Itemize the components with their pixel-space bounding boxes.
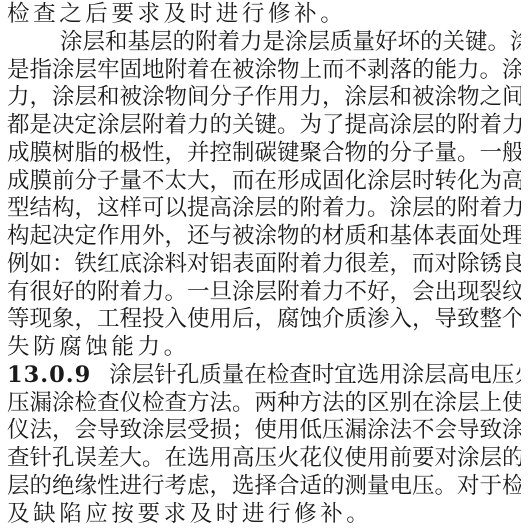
- clause-13-0-9: 13.0.9涂层针孔质量在检查时宜选用涂层高电压火花仪或低电 压漏涂检查仪检查方…: [7, 362, 521, 529]
- text-line: 及缺陷应按要求及时进行修补。: [7, 501, 521, 529]
- paragraph-adhesion: 涂层和基层的附着力是涂层质量好坏的关键。涂层的附着力 是指涂层牢固地附着在被涂物…: [7, 29, 521, 362]
- clause-first-line: 13.0.9涂层针孔质量在检查时宜选用涂层高电压火花仪或低电: [7, 362, 521, 390]
- text-line: 压漏涂检查仪检查方法。两种方法的区别在涂层上使用高压火花: [7, 390, 521, 418]
- text-line: 都是决定涂层附着力的关键。为了提高涂层的附着力，常需提高: [7, 112, 521, 140]
- clause-text: 涂层针孔质量在检查时宜选用涂层高电压火花仪或低电: [109, 362, 521, 388]
- text-line: 有很好的附着力。一旦涂层附着力不好，会出现裂纹、起皱、脱皮: [7, 279, 521, 307]
- clause-number: 13.0.9: [7, 362, 91, 388]
- text-line: 力，涂层和被涂物间分子作用力，涂层和被涂物之间的静电引力等: [7, 84, 521, 112]
- text-line: 仪法，会导致涂层受损；使用低压漏涂法不会导致涂层受损，但检: [7, 417, 521, 445]
- document-page: 检查之后要求及时进行修补。 涂层和基层的附着力是涂层质量好坏的关键。涂层的附着力…: [7, 1, 521, 528]
- text-line: 成膜树脂的极性，并控制碳键聚合物的分子量。一般情况使它在: [7, 140, 521, 168]
- text-line: 例如：铁红底涂料对铝表面附着力很差，而对除锈良好的钢铁表面: [7, 251, 521, 279]
- text-line: 层的绝缘性进行考虑，选择合适的测量电压。对于检查出的针孔: [7, 473, 521, 501]
- text-line: 涂层和基层的附着力是涂层质量好坏的关键。涂层的附着力: [7, 29, 521, 57]
- text-line: 失防腐蚀能力。: [7, 334, 521, 362]
- text-line: 型结构，这样可以提高涂层的附着力。涂层的附着力除由树脂结: [7, 195, 521, 223]
- text-line: 成膜前分子量不太大，而在形成固化涂层时转化为高分子量的体: [7, 168, 521, 196]
- text-line: 等现象，工程投入使用后，腐蚀介质渗入，导致整个涂层的损坏，丧: [7, 306, 521, 334]
- text-line: 是指涂层牢固地附着在被涂物上而不剥落的能力。涂层间化学键: [7, 57, 521, 85]
- text-line: 检查之后要求及时进行修补。: [7, 1, 521, 29]
- text-line: 构起决定作用外，还与被涂物的材质和基体表面处理有密切关系。: [7, 223, 521, 251]
- text-line: 查针孔误差大。在选用高压火花仪使用前要对涂层的总厚度和涂: [7, 445, 521, 473]
